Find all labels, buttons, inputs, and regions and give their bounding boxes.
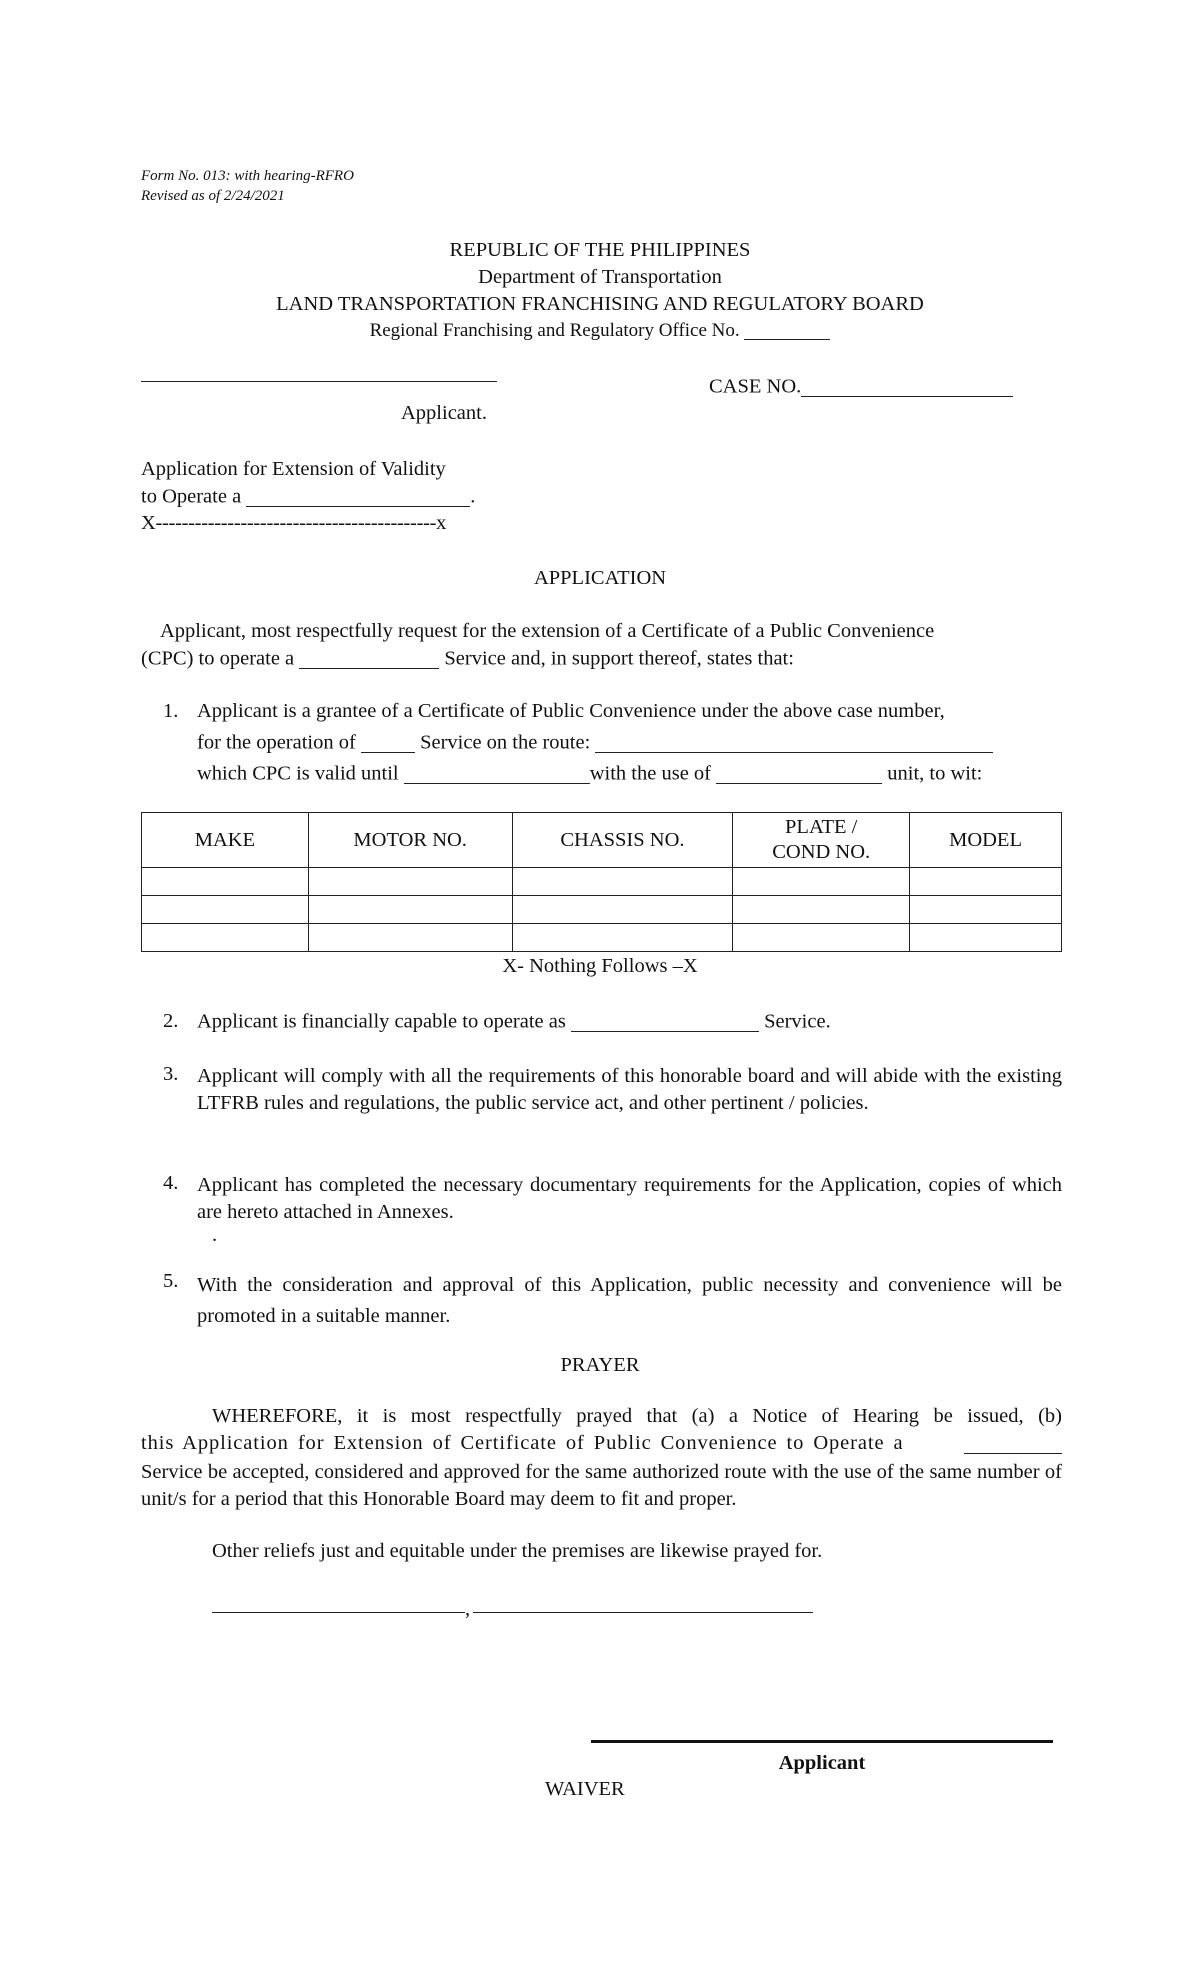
case-number-blank[interactable] bbox=[801, 375, 1013, 397]
item1-use-of-label: with the use of bbox=[590, 763, 711, 785]
department-heading: Department of Transportation bbox=[0, 266, 1200, 289]
table-row bbox=[142, 868, 1062, 896]
date-blank[interactable] bbox=[473, 1612, 813, 1613]
regional-office-blank[interactable] bbox=[744, 320, 830, 340]
place-date-comma: , bbox=[465, 1598, 470, 1621]
board-heading: LAND TRANSPORTATION FRANCHISING AND REGU… bbox=[0, 293, 1200, 316]
header-motor-no: MOTOR NO. bbox=[308, 813, 512, 868]
item1-line3: which CPC is valid until with the use of… bbox=[197, 762, 982, 786]
prayer-line3: Service be accepted, considered and appr… bbox=[141, 1459, 1062, 1513]
cell-make[interactable] bbox=[142, 868, 309, 896]
units-table-header: MAKE MOTOR NO. CHASSIS NO. PLATE /COND N… bbox=[142, 813, 1062, 868]
republic-heading: REPUBLIC OF THE PHILIPPINES bbox=[0, 239, 1200, 262]
plate-header-line1: PLATE / bbox=[785, 816, 857, 838]
item1-route-blank[interactable] bbox=[595, 731, 993, 753]
applicant-name-blank[interactable] bbox=[141, 381, 497, 382]
item4-text: Applicant has completed the necessary do… bbox=[197, 1172, 1062, 1226]
regional-office-label: Regional Franchising and Regulatory Offi… bbox=[370, 320, 740, 341]
intro-service-blank[interactable] bbox=[299, 647, 439, 669]
nothing-follows: X- Nothing Follows –X bbox=[0, 955, 1200, 978]
cell-plate-cond-no[interactable] bbox=[733, 924, 910, 952]
item2-text: Applicant is financially capable to oper… bbox=[197, 1010, 831, 1034]
units-table: MAKE MOTOR NO. CHASSIS NO. PLATE /COND N… bbox=[141, 812, 1062, 952]
regional-office-line: Regional Franchising and Regulatory Offi… bbox=[0, 320, 1200, 342]
prayer-operate-label: this Application for Extension of Certif… bbox=[141, 1432, 904, 1455]
header-chassis-no: CHASSIS NO. bbox=[512, 813, 733, 868]
cell-model[interactable] bbox=[910, 924, 1062, 952]
item2-suffix: Service. bbox=[764, 1011, 831, 1033]
intro-operate-label: (CPC) to operate a bbox=[141, 648, 294, 670]
item5-text: With the consideration and approval of t… bbox=[197, 1270, 1062, 1332]
caption-operate-label: to Operate a bbox=[141, 486, 241, 508]
applicant-caption-label: Applicant. bbox=[401, 402, 487, 425]
item2-service-blank[interactable] bbox=[571, 1010, 759, 1032]
intro-service-suffix: Service and, in support thereof, states … bbox=[444, 648, 794, 670]
other-reliefs: Other reliefs just and equitable under t… bbox=[212, 1540, 822, 1563]
form-number: Form No. 013: with hearing-RFRO bbox=[141, 168, 354, 185]
prayer-heading: PRAYER bbox=[0, 1354, 1200, 1377]
item1-valid-until-blank[interactable] bbox=[404, 762, 590, 784]
stray-dot: . bbox=[212, 1224, 217, 1247]
header-plate-cond-no: PLATE /COND NO. bbox=[733, 813, 910, 868]
item1-service-blank[interactable] bbox=[361, 731, 415, 753]
prayer-line1: WHEREFORE, it is most respectfully praye… bbox=[212, 1405, 1062, 1428]
item1-line1: Applicant is a grantee of a Certificate … bbox=[197, 700, 945, 723]
item2-prefix: Applicant is financially capable to oper… bbox=[197, 1011, 566, 1033]
item1-units-label: unit, to wit: bbox=[887, 763, 982, 785]
cell-plate-cond-no[interactable] bbox=[733, 896, 910, 924]
place-blank[interactable] bbox=[212, 1612, 465, 1613]
signature-line[interactable] bbox=[591, 1740, 1053, 1743]
cell-motor-no[interactable] bbox=[308, 896, 512, 924]
signature-label: Applicant bbox=[591, 1752, 1053, 1775]
intro-line2: (CPC) to operate a Service and, in suppo… bbox=[141, 647, 794, 671]
cell-make[interactable] bbox=[142, 924, 309, 952]
prayer-line2: this Application for Extension of Certif… bbox=[141, 1432, 1062, 1455]
cell-plate-cond-no[interactable] bbox=[733, 868, 910, 896]
item1-route-label: Service on the route: bbox=[420, 732, 590, 754]
item5-number: 5. bbox=[163, 1270, 178, 1293]
waiver-heading: WAIVER bbox=[545, 1778, 625, 1801]
case-number-label: CASE NO. bbox=[709, 376, 801, 398]
plate-header-line2: COND NO. bbox=[772, 841, 870, 863]
caption-service-type-blank[interactable] bbox=[246, 485, 470, 507]
cell-chassis-no[interactable] bbox=[512, 924, 733, 952]
item1-operation-label: for the operation of bbox=[197, 732, 356, 754]
item3-number: 3. bbox=[163, 1063, 178, 1086]
item2-number: 2. bbox=[163, 1010, 178, 1033]
header-model: MODEL bbox=[910, 813, 1062, 868]
prayer-service-blank[interactable] bbox=[964, 1432, 1062, 1454]
item4-number: 4. bbox=[163, 1172, 178, 1195]
item1-line2: for the operation of Service on the rout… bbox=[197, 731, 993, 755]
cell-motor-no[interactable] bbox=[308, 924, 512, 952]
application-heading: APPLICATION bbox=[0, 567, 1200, 590]
caption-title-line2: to Operate a . bbox=[141, 485, 475, 509]
cell-make[interactable] bbox=[142, 896, 309, 924]
table-row bbox=[142, 924, 1062, 952]
revision-date: Revised as of 2/24/2021 bbox=[141, 188, 285, 205]
table-row bbox=[142, 896, 1062, 924]
cell-chassis-no[interactable] bbox=[512, 896, 733, 924]
item1-number: 1. bbox=[163, 700, 178, 723]
item3-text: Applicant will comply with all the requi… bbox=[197, 1063, 1062, 1117]
cell-chassis-no[interactable] bbox=[512, 868, 733, 896]
cell-model[interactable] bbox=[910, 868, 1062, 896]
caption-title-line1: Application for Extension of Validity bbox=[141, 458, 446, 481]
cell-motor-no[interactable] bbox=[308, 868, 512, 896]
intro-line1: Applicant, most respectfully request for… bbox=[160, 620, 934, 643]
header-make: MAKE bbox=[142, 813, 309, 868]
caption-period: . bbox=[470, 486, 475, 508]
caption-separator: X---------------------------------------… bbox=[141, 512, 446, 535]
item1-valid-until-label: which CPC is valid until bbox=[197, 763, 399, 785]
cell-model[interactable] bbox=[910, 896, 1062, 924]
item1-units-blank[interactable] bbox=[716, 762, 882, 784]
case-number-line: CASE NO. bbox=[709, 375, 1013, 399]
